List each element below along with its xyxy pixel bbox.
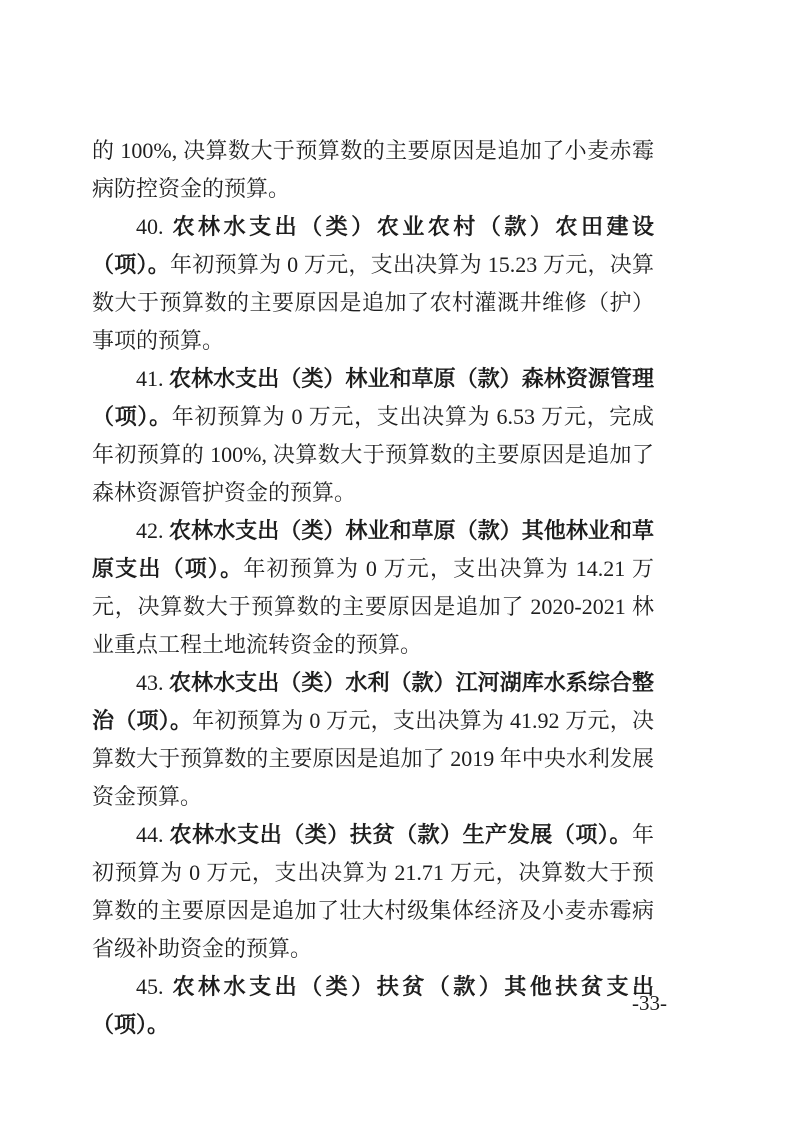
para-44-number: 44. <box>136 822 170 847</box>
para-41-number: 41. <box>136 366 169 391</box>
para-42: 42. 农林水支出（类）林业和草原（款）其他林业和草原支出（项）。年初预算为 0… <box>92 512 654 664</box>
para-43-number: 43. <box>136 670 169 695</box>
para-40-number: 40. <box>136 214 173 239</box>
para-45-heading: 农林水支出（类）扶贫（款）其他扶贫支出（项）。 <box>92 974 654 1037</box>
para-39-continuation: 的 100%, 决算数大于预算数的主要原因是追加了小麦赤霉病防控资金的预算。 <box>92 132 654 208</box>
para-41: 41. 农林水支出（类）林业和草原（款）森林资源管理（项）。年初预算为 0 万元… <box>92 360 654 512</box>
para-45-number: 45. <box>136 974 173 999</box>
page-number: -33- <box>632 992 667 1014</box>
para-40-body: 年初预算为 0 万元，支出决算为 15.23 万元，决算数大于预算数的主要原因是… <box>92 252 654 353</box>
para-43: 43. 农林水支出（类）水利（款）江河湖库水系综合整治（项）。年初预算为 0 万… <box>92 664 654 816</box>
para-42-number: 42. <box>136 518 169 543</box>
body-text-block: 的 100%, 决算数大于预算数的主要原因是追加了小麦赤霉病防控资金的预算。 4… <box>92 132 654 1044</box>
document-page: 的 100%, 决算数大于预算数的主要原因是追加了小麦赤霉病防控资金的预算。 4… <box>0 0 793 1122</box>
para-39-continuation-body: 的 100%, 决算数大于预算数的主要原因是追加了小麦赤霉病防控资金的预算。 <box>92 138 654 201</box>
para-40: 40. 农林水支出（类）农业农村（款）农田建设（项）。年初预算为 0 万元，支出… <box>92 208 654 360</box>
para-44-heading: 农林水支出（类）扶贫（款）生产发展（项）。 <box>170 822 632 847</box>
para-41-body: 年初预算为 0 万元，支出决算为 6.53 万元，完成年初预算的 100%, 决… <box>92 404 654 505</box>
para-44: 44. 农林水支出（类）扶贫（款）生产发展（项）。年初预算为 0 万元，支出决算… <box>92 816 654 968</box>
para-45: 45. 农林水支出（类）扶贫（款）其他扶贫支出（项）。 <box>92 968 654 1044</box>
